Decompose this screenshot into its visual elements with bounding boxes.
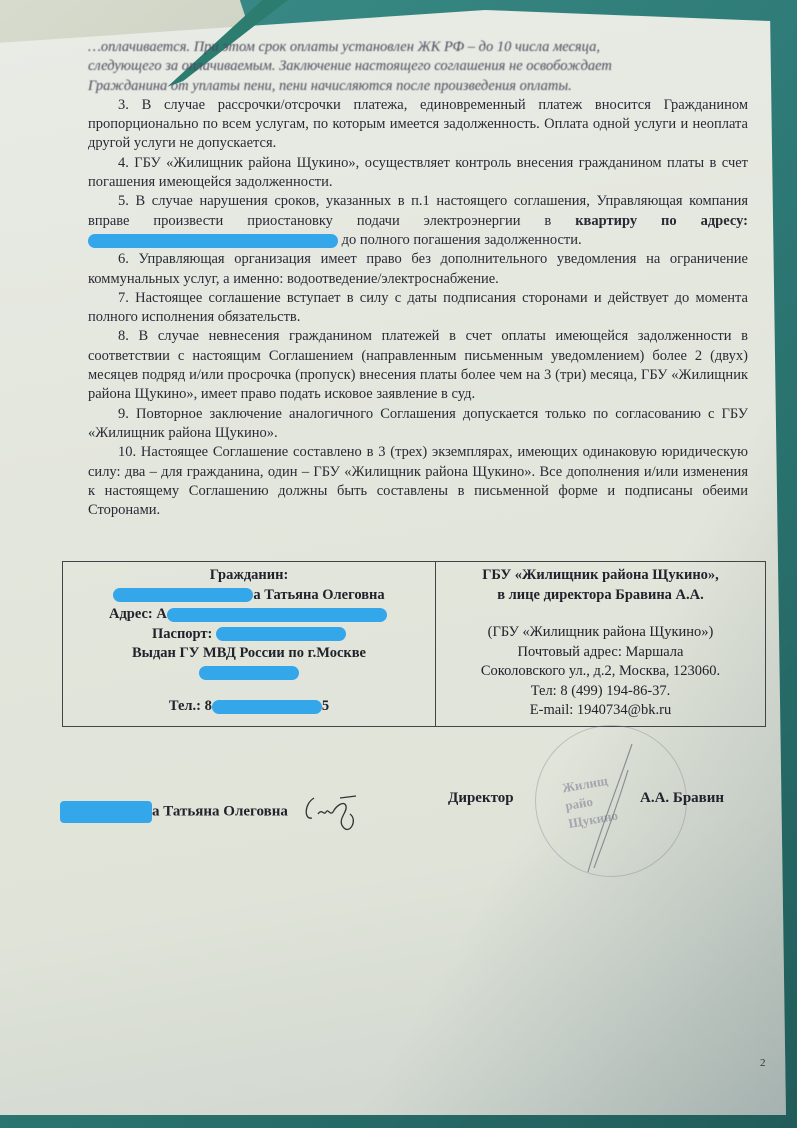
redacted-phone [212,700,322,714]
clause-2-tail-line1: …оплачивается. При этом срок оплаты уста… [88,38,748,57]
clause-8: 8. В случае невнесения гражданином плате… [88,327,748,404]
citizen-name: а Татьяна Олеговна [69,586,429,606]
org-short-name: (ГБУ «Жилищник района Щукино») [442,623,759,643]
clause-10: 10. Настоящее Соглашение составлено в 3 … [88,443,748,520]
clause-5: 5. В случае нарушения сроков, указанных … [88,192,748,250]
page-number: 2 [760,1057,766,1069]
org-postal-line1: Почтовый адрес: Маршала [442,643,759,663]
redacted-issue-date [199,666,299,680]
citizen-passport: Паспорт: [69,625,429,645]
director-signature-icon [580,740,640,880]
citizen-details: Гражданин: а Татьяна Олеговна Адрес: А П… [63,562,436,727]
citizen-heading: Гражданин: [69,566,429,586]
clause-6: 6. Управляющая организация имеет право б… [88,250,748,289]
org-name: ГБУ «Жилищник района Щукино», [442,566,759,586]
address-label: квартиру по адресу: [575,213,748,229]
citizen-signature-line: а Татьяна Олеговна [60,790,380,834]
director-label: Директор [448,790,514,807]
clause-4: 4. ГБУ «Жилищник района Щукино», осущест… [88,154,748,193]
organization-details: ГБУ «Жилищник района Щукино», в лице дир… [436,562,766,727]
redacted-address [88,234,338,248]
clause-3: 3. В случае рассрочки/отсрочки платежа, … [88,96,748,154]
redacted-citizen-surname [60,801,152,823]
clause-7: 7. Настоящее соглашение вступает в силу … [88,289,748,328]
citizen-phone: Тел.: 85 [69,697,429,717]
citizen-address: Адрес: А [69,605,429,625]
passport-issued-by: Выдан ГУ МВД России по г.Москве [69,644,429,664]
redacted-surname [113,588,253,602]
passport-issue-date [69,664,429,684]
clause-2-tail-line3: Гражданина от уплаты пени, пени начисляю… [88,77,748,96]
org-phone: Тел: 8 (499) 194-86-37. [442,682,759,702]
citizen-signature-icon [300,790,380,834]
redacted-passport [216,627,346,641]
director-name: А.А. Бравин [640,790,724,807]
clause-9: 9. Повторное заключение аналогичного Сог… [88,405,748,444]
parties-table: Гражданин: а Татьяна Олеговна Адрес: А П… [62,561,766,727]
org-represented-by: в лице директора Бравина А.А. [442,586,759,606]
redacted-address [167,608,387,622]
agreement-body: …оплачивается. При этом срок оплаты уста… [88,38,748,520]
clause-2-tail-line2: следующего за оплачиваемым. Заключение н… [88,57,748,76]
org-postal-line2: Соколовского ул., д.2, Москва, 123060. [442,662,759,682]
org-email: E-mail: 1940734@bk.ru [442,701,759,721]
